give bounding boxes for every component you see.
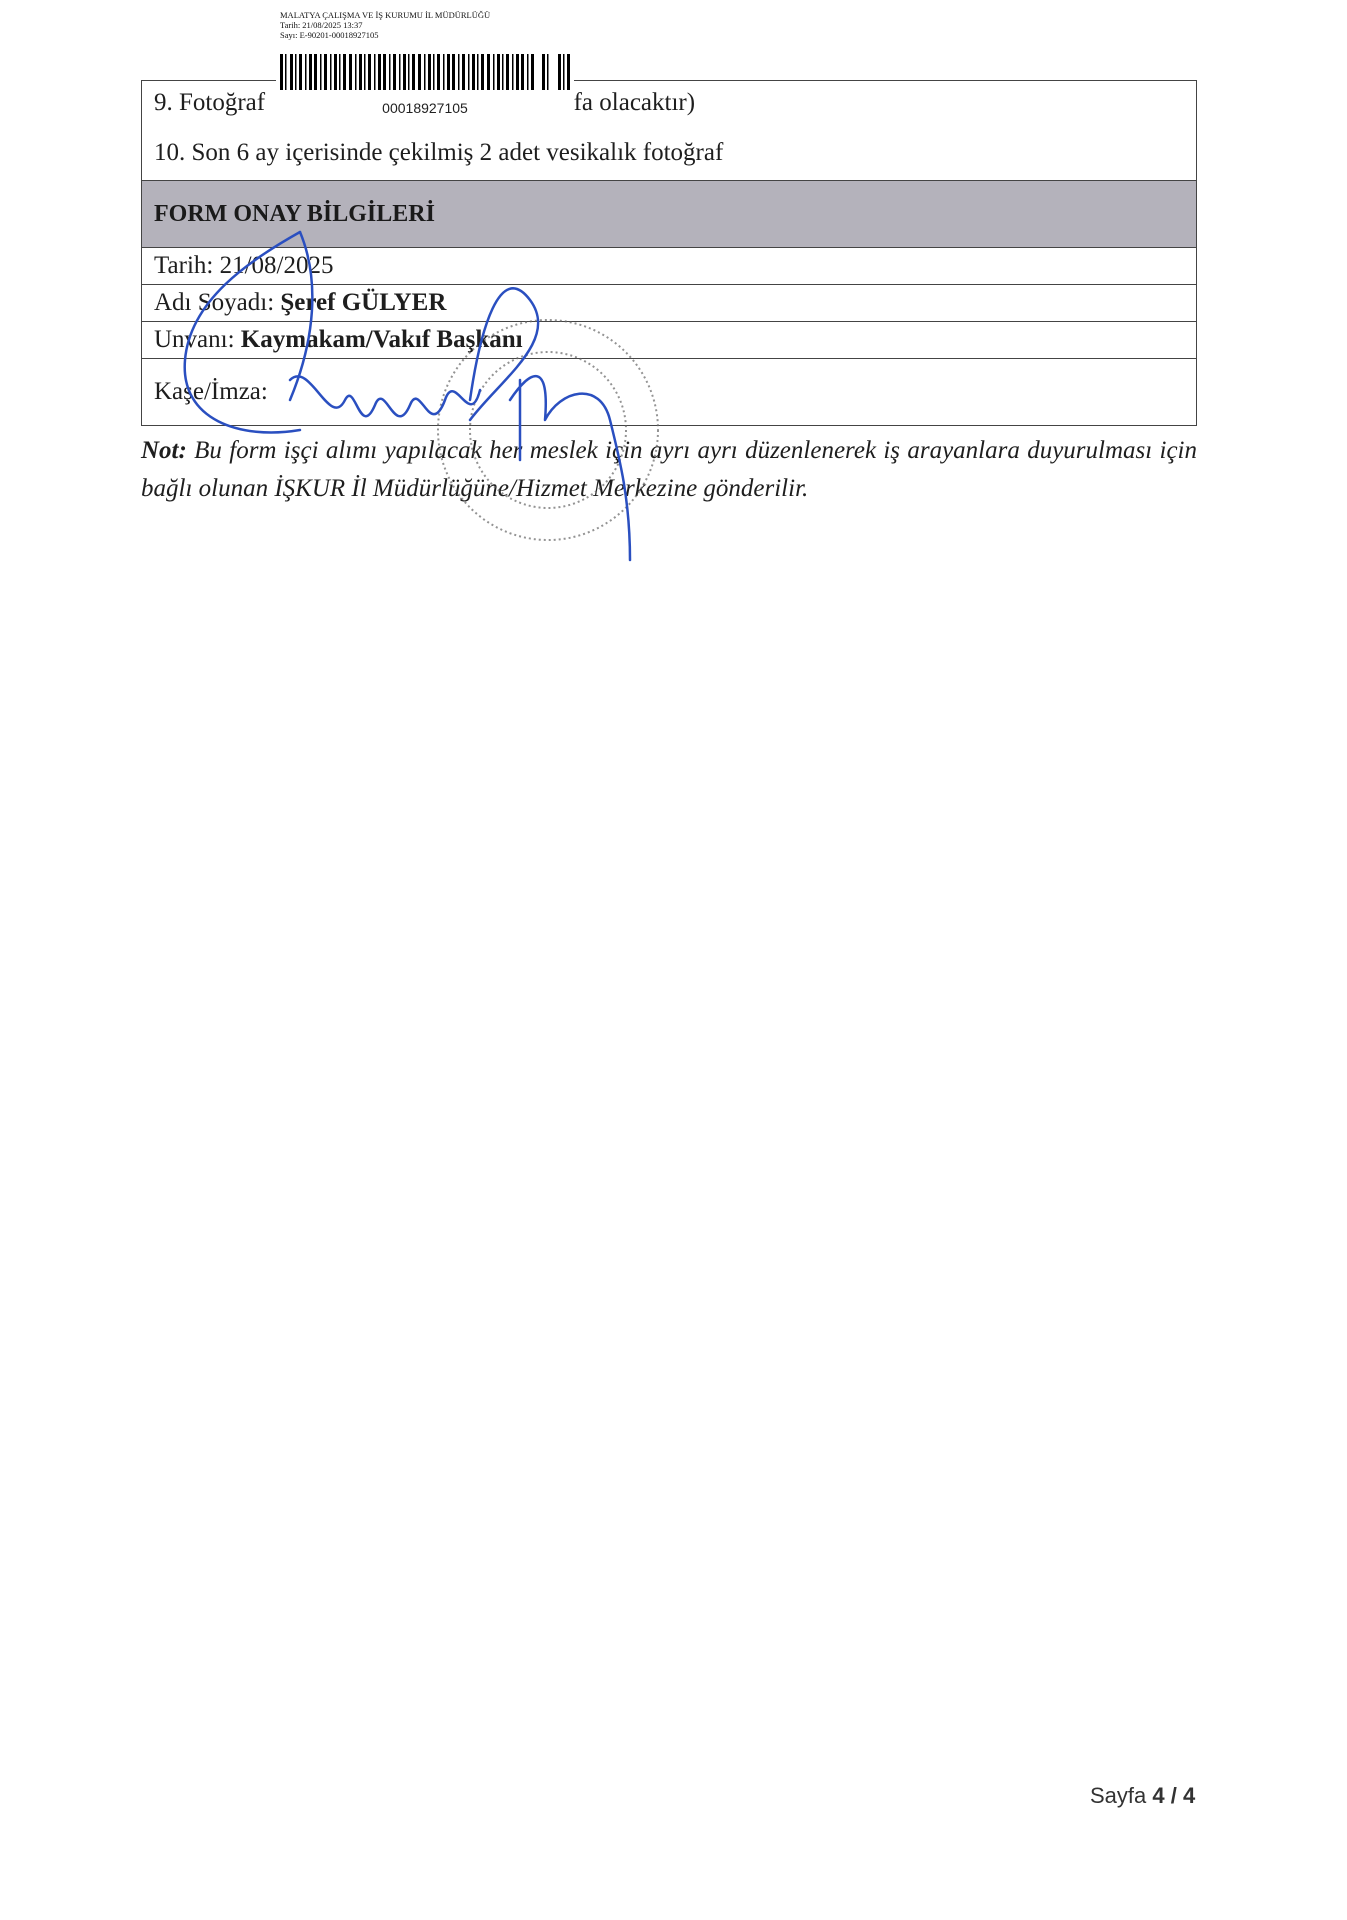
title-label: Unvanı: [154, 326, 235, 353]
barcode-number: 00018927105 [280, 100, 570, 116]
barcode-icon [280, 54, 570, 90]
field-signature: Kaşe/İmza: [142, 359, 1197, 426]
page-total: 4 [1183, 1783, 1195, 1808]
name-label: Adı Soyadı: [154, 289, 274, 316]
field-name: Adı Soyadı: Şeref GÜLYER [142, 285, 1197, 322]
section-header: FORM ONAY BİLGİLERİ [142, 181, 1197, 248]
field-title: Unvanı: Kaymakam/Vakıf Başkanı [142, 322, 1197, 359]
note-text: Bu form işçi alımı yapılacak her meslek … [141, 437, 1197, 502]
note-label: Not: [141, 437, 187, 464]
title-value: Kaymakam/Vakıf Başkanı [241, 326, 523, 353]
footnote: Not: Bu form işçi alımı yapılacak her me… [141, 432, 1197, 508]
item-10-text: 10. Son 6 ay içerisinde çekilmiş 2 adet … [142, 125, 1197, 181]
name-value: Şeref GÜLYER [280, 289, 446, 316]
e-document-stamp: MALATYA ÇALIŞMA VE İŞ KURUMU İL MÜDÜRLÜĞ… [280, 10, 490, 40]
page-separator: / [1171, 1783, 1177, 1808]
page-number: Sayfa 4 / 4 [1090, 1783, 1195, 1809]
section-title: FORM ONAY BİLGİLERİ [142, 181, 1197, 248]
stamp-number: Sayı: E-90201-00018927105 [280, 30, 490, 40]
page-word: Sayfa [1090, 1783, 1146, 1808]
page-current: 4 [1152, 1783, 1164, 1808]
date-value: 21/08/2025 [220, 252, 334, 279]
item-9-prefix: 9. Fotoğraf [154, 89, 265, 116]
form-item-10: 10. Son 6 ay içerisinde çekilmiş 2 adet … [142, 125, 1197, 181]
stamp-institution: MALATYA ÇALIŞMA VE İŞ KURUMU İL MÜDÜRLÜĞ… [280, 10, 490, 20]
form-table: 9. Fotoğraf fa olacaktır) 10. Son 6 ay i… [141, 80, 1197, 426]
stamp-date: Tarih: 21/08/2025 13:37 [280, 20, 490, 30]
item-9-suffix: fa olacaktır) [574, 89, 695, 116]
date-label: Tarih: [154, 252, 213, 279]
signature-label: Kaşe/İmza: [142, 359, 1197, 426]
barcode-bars [280, 54, 570, 90]
field-date: Tarih: 21/08/2025 [142, 248, 1197, 285]
